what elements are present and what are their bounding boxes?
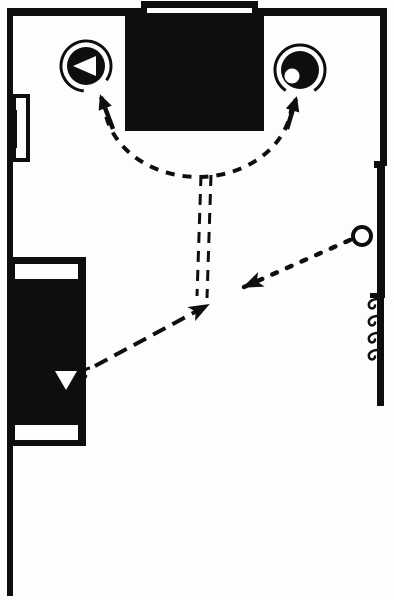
chair-right-seat [281,51,319,89]
couch-cushion-top [15,264,78,279]
couch [9,257,86,446]
couch-cushion-bottom [15,425,78,440]
wall-right-upper [380,8,387,166]
floor-plan-svg [0,0,394,600]
table-block [125,13,264,131]
wall-top-right [254,8,387,16]
wall-alcove-notch-top [141,1,258,8]
wall-top-left [7,8,144,16]
door-knob-marker [353,227,371,245]
wall-right-mid [377,166,385,298]
wall-right-lower [377,298,384,406]
wall-right-jog2 [370,293,379,298]
couch-body [9,257,86,446]
floor-plan-figure [0,0,394,600]
window-sash [7,110,17,148]
person-dot-marker [285,69,300,84]
